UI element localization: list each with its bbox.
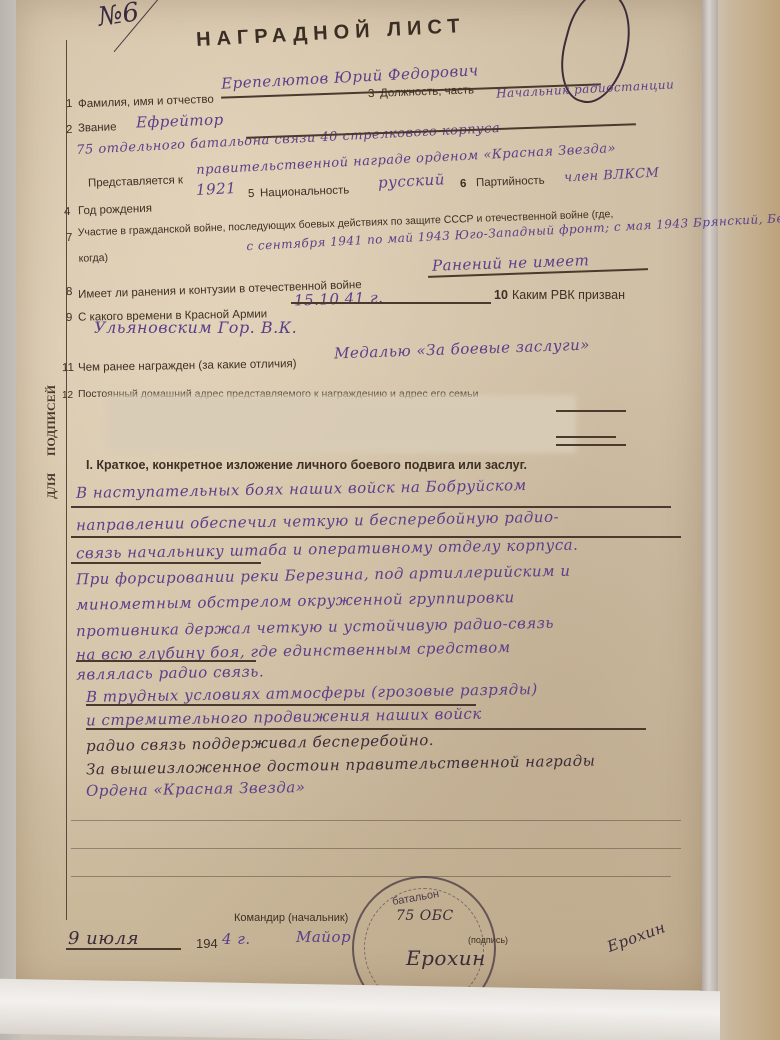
document-title: НАГРАДНОЙ ЛИСТ (196, 15, 467, 52)
redacted-address-area (106, 395, 576, 453)
narrative-line: За вышеизложенное достоин правительствен… (86, 752, 596, 779)
year-prefix: 194 (196, 936, 218, 951)
field-6-value: член ВЛКСМ (564, 166, 660, 186)
field-2-number: 2 (66, 124, 73, 136)
narrative-line: В трудных условиях атмосферы (грозовые р… (86, 680, 538, 706)
commander-name: Ерохин (605, 918, 668, 956)
field-11-number: 11 (62, 362, 74, 374)
narrative-line: При форсировании реки Березина, под арти… (76, 562, 571, 589)
frame-rail (700, 0, 718, 1000)
field-3-number: 3 (368, 88, 375, 100)
field-9-number: 9 (66, 312, 73, 324)
section-heading: I. Краткое, конкретное изложение личного… (86, 458, 527, 472)
narrative-rule (71, 536, 681, 538)
seal-top-text: батальон (391, 888, 440, 908)
commander-label: Командир (начальник) (234, 912, 348, 924)
field-6-number: 6 (460, 178, 467, 190)
address-line-3 (556, 444, 626, 446)
narrative-line: минометным обстрелом окруженной группиро… (76, 588, 515, 614)
narrative-rule (71, 506, 671, 508)
narrative-rule (71, 562, 261, 564)
narrative-line: и стремительного продвижения наших войск (86, 705, 482, 730)
field-5-label: Национальность (260, 184, 350, 199)
field-4-number: 4 (64, 206, 71, 218)
field-10-label: Каким РВК призван (512, 288, 625, 302)
narrative-line: Ордена «Красная Звезда» (86, 778, 306, 800)
narrative-line: радио связь поддерживал бесперебойно. (86, 731, 434, 755)
field-5-number: 5 (248, 188, 255, 200)
narrative-line: В наступательных боях наших войск на Боб… (76, 476, 527, 502)
field-10-number: 10 (494, 288, 508, 302)
commander-rank: Майор (296, 928, 351, 946)
year-suffix: 4 г. (222, 930, 251, 948)
address-line-1 (556, 410, 626, 412)
field-1-number: 1 (66, 98, 73, 110)
blank-rule (71, 820, 681, 821)
narrative-rule (86, 728, 646, 730)
field-4-label: Год рождения (78, 203, 152, 218)
margin-line (66, 40, 67, 920)
field-2-value: Ефрейтор (136, 110, 224, 131)
field-8-number: 8 (66, 286, 73, 298)
field-7-number: 7 (66, 232, 73, 244)
field-11-value: Медалью «За боевые заслуги» (334, 336, 590, 363)
date-underline (66, 948, 181, 950)
field-9-value: 15.10.41 г. (294, 288, 384, 309)
narrative-line: противника держал четкую и устойчивую ра… (76, 614, 554, 640)
margin-signature-label: ДЛЯ ПОДПИСЕЙ (44, 385, 64, 499)
presented-for-label: Представляется к (88, 174, 183, 189)
blank-rule (71, 848, 681, 849)
field-6-label: Партийность (476, 175, 545, 189)
address-line-2 (556, 436, 616, 438)
field-9-underline (291, 302, 491, 304)
field-4-value: 1921 (196, 179, 237, 199)
narrative-rule (76, 660, 256, 662)
field-1-label: Фамилия, имя и отчество (78, 94, 214, 111)
narrative-line: связь начальнику штаба и оперативному от… (76, 536, 579, 563)
award-sheet-paper: №6 НАГРАДНОЙ ЛИСТ ДЛЯ ПОДПИСЕЙ 1 Фамилия… (16, 0, 702, 990)
blank-rule (71, 876, 671, 877)
narrative-line: направлении обеспечил четкую и бесперебо… (76, 508, 559, 534)
field-11-label: Чем ранее награжден (за какие отличия) (78, 358, 297, 374)
field-2-label: Звание (78, 121, 117, 134)
field-12-number: 12 (62, 390, 73, 401)
sign-date: 9 июля (68, 928, 139, 949)
narrative-line: являлась радио связь. (76, 662, 264, 683)
field-3-label: Должность, часть (380, 84, 474, 99)
field-5-value: русский (378, 170, 446, 191)
field-10-value: Ульяновским Гор. В.К. (94, 318, 297, 337)
